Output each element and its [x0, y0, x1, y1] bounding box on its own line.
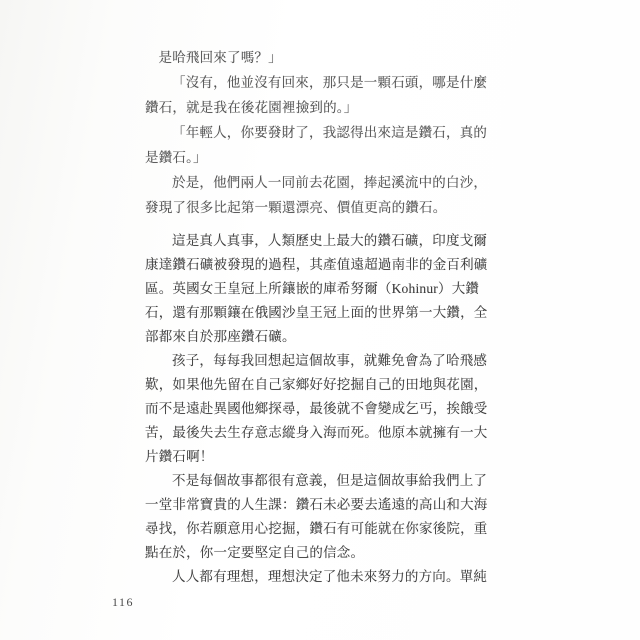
- text-line: 鑽石，就是我在後花園裡撿到的。」: [145, 95, 489, 120]
- text-column: 是哈飛回來了嗎？」「沒有，他並沒有回來，那只是一顆石頭，哪是什麼鑽石，就是我在後…: [145, 45, 489, 589]
- book-page: 是哈飛回來了嗎？」「沒有，他並沒有回來，那只是一顆石頭，哪是什麼鑽石，就是我在後…: [0, 0, 640, 640]
- text-line: 發現了很多比起第一顆還漂亮、價值更高的鑽石。: [145, 195, 489, 220]
- text-line: 是哈飛回來了嗎？」: [145, 45, 489, 70]
- text-line: 不是每個故事都很有意義，但是這個故事給我們上了: [145, 469, 489, 493]
- text-line: 孩子，每每我回想起這個故事，就難免會為了哈飛感: [145, 349, 489, 373]
- text-line: 「沒有，他並沒有回來，那只是一顆石頭，哪是什麼: [145, 70, 489, 95]
- commentary-block: 這是真人真事，人類歷史上最大的鑽石礦，印度戈爾康達鑽石礦被發現的過程，其產值遠超…: [145, 229, 489, 589]
- text-line: 一堂非常寶貴的人生課：鑽石未必要去遙遠的高山和大海: [145, 493, 489, 517]
- text-line: 歎，如果他先留在自己家鄉好好挖掘自己的田地與花園，: [145, 373, 489, 397]
- text-line: 而不是遠赴異國他鄉探尋，最後就不會變成乞丐，挨餓受: [145, 397, 489, 421]
- text-line: 是鑽石。」: [145, 145, 489, 170]
- text-line: 片鑽石啊！: [145, 445, 489, 469]
- text-line: 區。英國女王皇冠上所鑲嵌的庫希努爾（Kohinur）大鑽: [145, 277, 489, 301]
- text-line: 人人都有理想，理想決定了他未來努力的方向。單純: [145, 565, 489, 589]
- story-excerpt-block: 是哈飛回來了嗎？」「沒有，他並沒有回來，那只是一顆石頭，哪是什麼鑽石，就是我在後…: [145, 45, 489, 220]
- page-number: 116: [112, 595, 134, 610]
- text-line: 石，還有那顆鑲在俄國沙皇王冠上面的世界第一大鑽，全: [145, 301, 489, 325]
- text-line: 康達鑽石礦被發現的過程，其產值遠超過南非的金百利礦: [145, 253, 489, 277]
- text-line: 點在於，你一定要堅定自己的信念。: [145, 541, 489, 565]
- text-line: 尋找，你若願意用心挖掘，鑽石有可能就在你家後院，重: [145, 517, 489, 541]
- text-line: 這是真人真事，人類歷史上最大的鑽石礦，印度戈爾: [145, 229, 489, 253]
- text-line: 於是，他們兩人一同前去花園，捧起溪流中的白沙，: [145, 170, 489, 195]
- text-line: 「年輕人，你要發財了，我認得出來這是鑽石，真的: [145, 120, 489, 145]
- text-line: 苦，最後失去生存意志縱身入海而死。他原本就擁有一大: [145, 421, 489, 445]
- text-line: 部都來自於那座鑽石礦。: [145, 325, 489, 349]
